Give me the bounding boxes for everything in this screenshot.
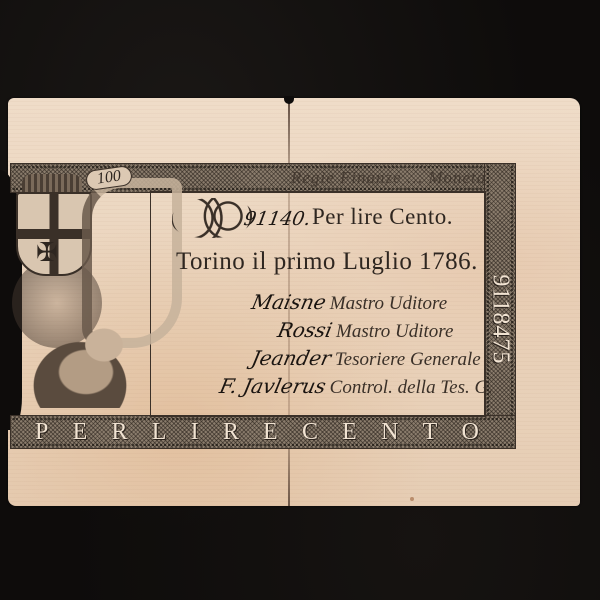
signature-name: Maisne	[249, 290, 328, 314]
eagle-icon: ✠	[36, 238, 58, 268]
signature-name: F. Javlerus	[217, 374, 328, 398]
signature-name: Jeander	[249, 346, 333, 370]
flourish-ornament-icon	[172, 198, 252, 238]
legend-letter: R	[223, 419, 241, 446]
signature-row: F. Javlerus Control. della Tes. G.	[220, 374, 493, 399]
signature-title: Mastro Uditore	[330, 293, 447, 315]
foxing-stain	[410, 497, 414, 501]
denomination-heading: Per lire Cento.	[312, 204, 453, 230]
legend-letter: E	[263, 419, 280, 446]
signature-row: Jeander Tesoriere Generale	[252, 346, 481, 371]
legend-letter: T	[423, 419, 440, 446]
legend-letter: O	[462, 419, 481, 446]
serial-number: 91140.	[242, 208, 312, 230]
place-date-line: Torino il primo Luglio 1786.	[176, 248, 478, 276]
right-border-band: 9118475	[484, 163, 516, 449]
signature-title: Tesoriere Generale	[335, 349, 481, 371]
legend-letter: E	[342, 419, 359, 446]
legend-letter: E	[73, 419, 90, 446]
bottom-border-band: PERLIRECENTO	[10, 415, 516, 449]
legend-letter: N	[381, 419, 400, 446]
bottom-border-legend: PERLIRECENTO	[35, 420, 481, 444]
signature-title: Control. della Tes. G.	[330, 377, 493, 399]
signature-name: Rossi	[275, 318, 334, 342]
legend-letter: L	[152, 419, 169, 446]
legend-letter: C	[302, 419, 320, 446]
top-border-text: Regie Finanze … Moneta	[291, 168, 486, 188]
signature-row: Maisne Mastro Uditore	[252, 290, 447, 315]
signature-title: Mastro Uditore	[336, 321, 453, 343]
crown-icon	[22, 174, 82, 194]
signature-row: Rossi Mastro Uditore	[278, 318, 453, 343]
coat-of-arms-vignette: ✠ 100	[12, 168, 168, 418]
legend-letter: I	[191, 419, 201, 446]
legend-letter: P	[35, 419, 50, 446]
legend-letter: R	[111, 419, 129, 446]
seated-figure-engraving	[32, 318, 152, 408]
